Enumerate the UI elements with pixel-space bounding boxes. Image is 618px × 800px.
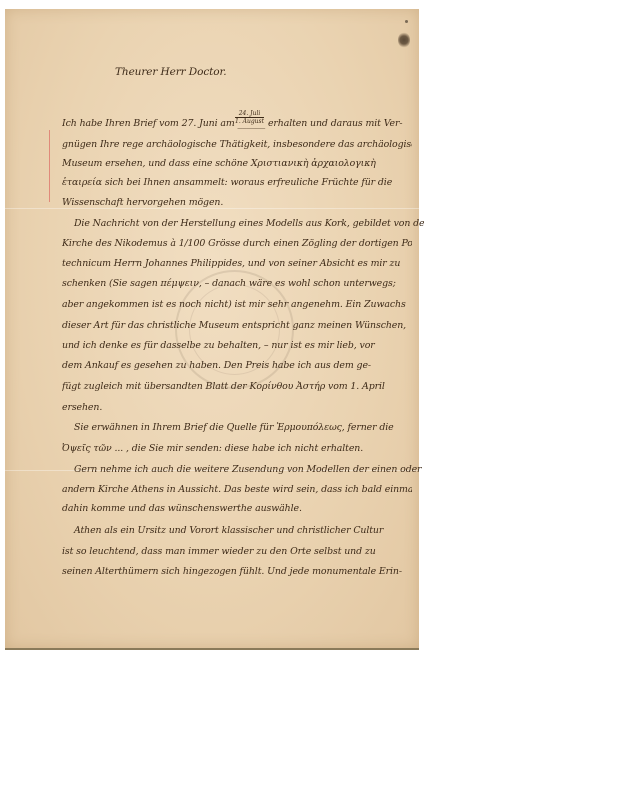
letter-line: andern Kirche Athens in Aussicht. Das be… [62,484,412,495]
letter-line: dieser Art für das christliche Museum en… [62,320,412,331]
letter-line: Wissenschaft hervorgehen mögen. [62,197,412,208]
letter-line: Die Nachricht von der Herstellung eines … [62,218,424,229]
letter-line: Gern nehme ich auch die weitere Zusendun… [62,464,424,475]
ink-stain [398,32,410,48]
letter-line: Sie erwähnen in Ihrem Brief die Quelle f… [62,422,424,433]
letter-line: Kirche des Nikodemus à 1/100 Grösse durc… [62,238,412,249]
letter-line: schenken (Sie sagen πέμψειν, – danach wä… [62,278,412,289]
letter-line: fügt zugleich mit übersandten Blatt der … [62,381,412,392]
letter-line: technicum Herrn Johannes Philippides, un… [62,258,412,269]
letter-line: ἑταιρεία sich bei Ihnen ansammelt: worau… [62,177,412,188]
letter-line: Ich habe Ihren Brief vom 27. Juni am ___… [62,118,412,129]
letter-line: seinen Alterthümern sich hingezogen fühl… [62,566,412,577]
letter-line: aber angekommen ist es noch nicht) ist m… [62,299,412,310]
salutation: Theurer Herr Doctor. [115,66,465,78]
letter-line: gnügen Ihre rege archäologische Thätigke… [62,139,412,150]
ink-speck [405,20,408,23]
letter-line: dem Ankauf es gesehen zu haben. Den Prei… [62,360,412,371]
fold-crease [5,208,419,209]
letter-line: und ich denke es für dasselbe zu behalte… [62,340,412,351]
red-margin-mark [49,130,50,202]
letter-line: Athen als ein Ursitz und Vorort klassisc… [62,525,424,536]
letter-line: ist so leuchtend, dass man immer wieder … [62,546,412,557]
letter-line: Ὀψεῖς τῶν ... , die Sie mir senden: dies… [62,443,412,454]
date-annotation-top: 24. Juli [235,110,264,117]
letter-line: Museum ersehen, und dass eine schöne Χρι… [62,158,412,169]
letter-line: ersehen. [62,402,412,413]
letter-line: dahin komme und das wünschenswerthe ausw… [62,503,412,514]
